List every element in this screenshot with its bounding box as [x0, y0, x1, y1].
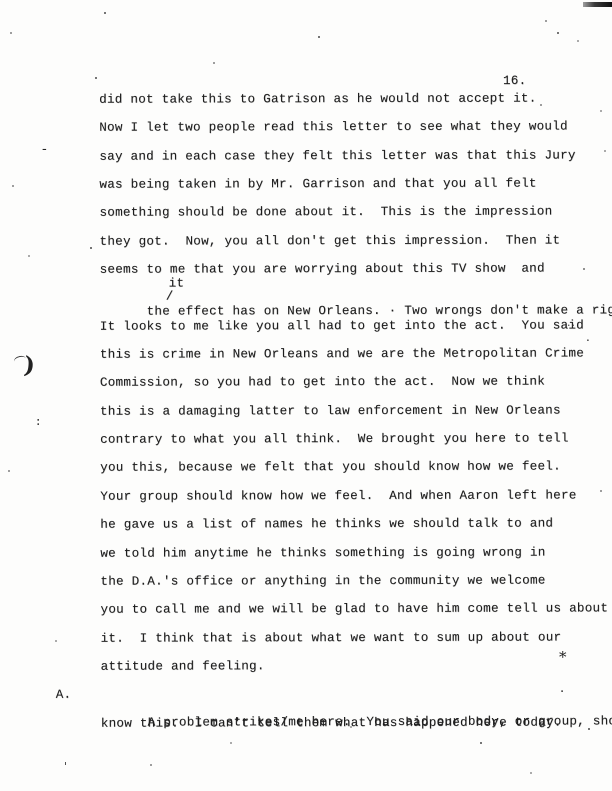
typed-line: this is a damaging latter to law enforce…	[100, 403, 612, 433]
typed-line: it. I think that is about what we want t…	[101, 630, 612, 660]
stray-asterisk-mark: *	[559, 648, 567, 666]
typed-line: Your group should know how we feel. And …	[100, 488, 612, 518]
typed-line: they got. Now, you all don't get this im…	[100, 233, 612, 263]
scan-speck	[12, 185, 14, 187]
scan-speck	[530, 772, 532, 774]
stray-period-mark: .	[560, 681, 564, 696]
scan-speck	[318, 36, 320, 38]
typed-line: did not take this to Gatrison as he woul…	[99, 91, 612, 121]
typed-line: this is crime in New Orleans and we are …	[100, 346, 612, 376]
typed-line: the effect has on New Orleans. · Two wro…	[100, 290, 612, 320]
scan-speck	[350, 726, 352, 728]
typed-line: Commission, so you had to get into the a…	[100, 375, 612, 405]
scan-speck	[104, 12, 106, 14]
typed-line: Now I let two people read this letter to…	[99, 120, 612, 150]
typed-line: contrary to what you all think. We broug…	[100, 431, 612, 461]
margin-dash-mark: -	[42, 141, 47, 157]
inserted-word: it	[169, 276, 185, 290]
typed-line: know this. I can't tell them what has ha…	[101, 715, 612, 745]
page-number: 16.	[503, 74, 526, 88]
scan-speck	[28, 255, 30, 257]
typed-line-text: the effect has on New Orleans. · Two wro…	[147, 304, 612, 319]
answer-paragraph: A. A problem strikes/me here. You said o…	[101, 687, 612, 717]
stray-tick-mark: '	[64, 760, 67, 773]
scan-speck	[600, 110, 602, 112]
scan-speck	[577, 40, 579, 42]
body-text: did not take this to Gatrison as he woul…	[99, 91, 612, 744]
typed-line: he gave us a list of names he thinks we …	[100, 516, 612, 546]
scan-speck	[588, 728, 590, 730]
scan-speck	[557, 32, 559, 34]
margin-colon-mark: :	[36, 414, 40, 429]
strikeover-mark: /	[166, 290, 174, 304]
scan-speck	[583, 268, 585, 270]
scan-speck	[55, 640, 57, 642]
scan-speck	[540, 104, 542, 106]
scan-speck	[95, 77, 97, 79]
stray-period-mark: .	[586, 330, 590, 344]
typed-line: attitude and feeling.	[101, 658, 612, 688]
scanned-typewritten-page: 16. did not take this to Gatrison as he …	[0, 0, 612, 791]
scan-speck	[230, 742, 232, 744]
typed-line: you this, because we felt that you shoul…	[100, 460, 612, 490]
scan-speck	[480, 742, 482, 744]
scan-speck	[545, 20, 547, 22]
typed-line: we told him anytime he thinks something …	[100, 545, 612, 575]
typed-line: It looks to me like you all had to get i…	[100, 318, 612, 348]
scan-speck	[600, 490, 602, 492]
stray-dots-mark: ..	[567, 316, 576, 329]
scan-speck	[90, 247, 92, 249]
typed-line: say and in each case they felt this lett…	[99, 148, 612, 178]
scan-edge-artifact	[583, 2, 612, 7]
typed-line: you to call me and we will be glad to ha…	[100, 601, 612, 631]
typed-line: something should be done about it. This …	[99, 205, 612, 235]
scan-speck	[150, 764, 152, 766]
scan-speck	[8, 470, 10, 472]
typed-line: the D.A.'s office or anything in the com…	[100, 573, 612, 603]
scan-speck	[604, 150, 606, 152]
answer-label: A.	[56, 688, 72, 702]
typed-line: was being taken in by Mr. Garrison and t…	[99, 176, 612, 206]
scan-speck	[213, 62, 215, 64]
scan-speck	[10, 32, 12, 34]
